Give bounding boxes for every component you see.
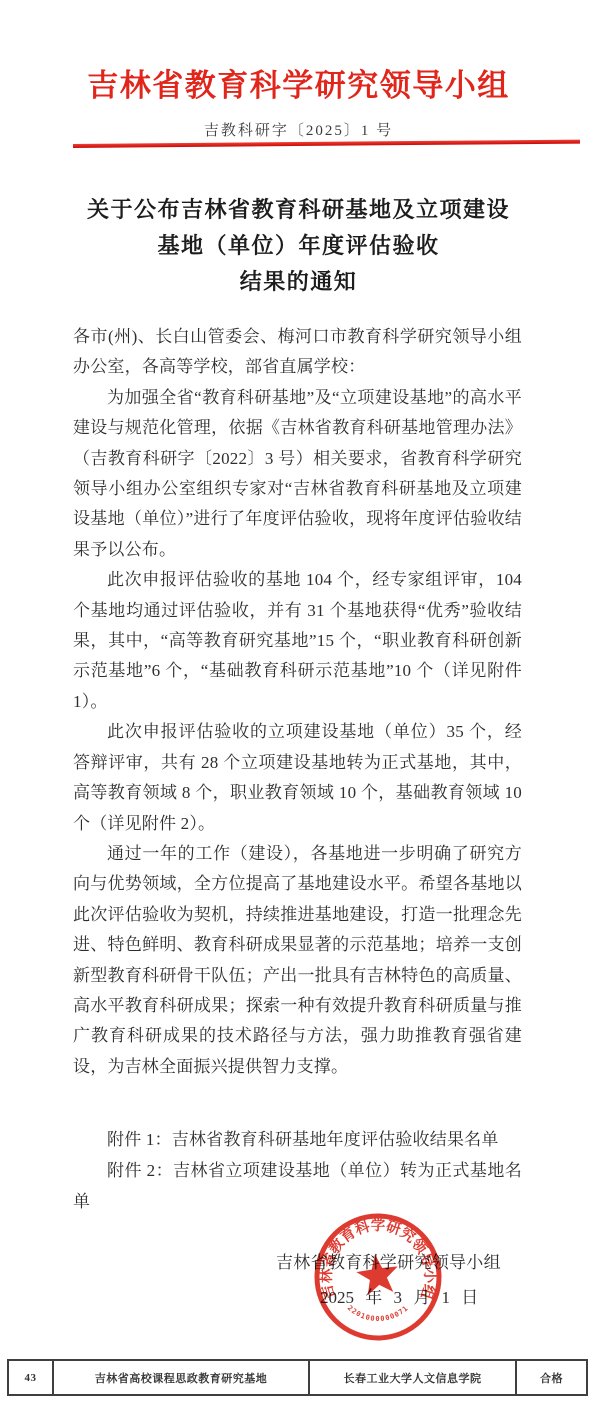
body-paragraph: 通过一年的工作（建设），各基地进一步明确了研究方向与优势领域，全方位提高了基地建…	[73, 839, 522, 1082]
red-header-title: 吉林省教育科学研究领导小组	[0, 60, 597, 105]
table-cell-unit: 长春工业大学人文信息学院	[310, 1361, 517, 1394]
seal-serial-number: 2201000000071	[346, 1304, 410, 1323]
table-cell-base-name: 吉林省高校课程思政教育研究基地	[54, 1361, 310, 1394]
attachment-item-2: 附件 2：吉林省立项建设基地（单位）转为正式基地名单	[73, 1155, 522, 1217]
notice-body: 各市(州)、长白山管委会、梅河口市教育科学研究领导小组办公室，各高等学校，部省直…	[73, 322, 522, 1217]
table-cell-no: 43	[9, 1361, 54, 1394]
body-paragraph: 为加强全省“教育科研基地”及“立项建设基地”的高水平建设与规范化管理，依据《吉林…	[73, 383, 522, 565]
official-seal-stamp: 吉林省教育科学研究领导小组 2201000000071	[312, 1211, 444, 1343]
seal-star-icon	[354, 1251, 401, 1296]
document-number: 吉教科研字〔2025〕1 号	[0, 119, 597, 140]
seal-rim-text: 吉林省教育科学研究领导小组	[318, 1216, 439, 1302]
notice-title-line-2: 基地（单位）年度评估验收	[0, 228, 597, 264]
notice-title: 关于公布吉林省教育科研基地及立项建设 基地（单位）年度评估验收 结果的通知	[0, 192, 597, 300]
body-paragraph: 此次申报评估验收的立项建设基地（单位）35 个，经答辩评审，共有 28 个立项建…	[73, 717, 522, 839]
notice-title-line-3: 结果的通知	[0, 264, 597, 300]
attachment-item-1: 附件 1：吉林省教育科研基地年度评估验收结果名单	[73, 1124, 522, 1155]
red-divider-line	[73, 140, 580, 148]
document-page: 吉林省教育科学研究领导小组 吉教科研字〔2025〕1 号 关于公布吉林省教育科研…	[0, 0, 597, 1404]
attachment-list: 附件 1：吉林省教育科研基地年度评估验收结果名单 附件 2：吉林省立项建设基地（…	[73, 1124, 522, 1217]
body-paragraph: 此次申报评估验收的基地 104 个，经专家组评审，104 个基地均通过评估验收，…	[73, 565, 522, 717]
notice-title-line-1: 关于公布吉林省教育科研基地及立项建设	[0, 192, 597, 228]
table-cell-result: 合格	[517, 1361, 586, 1394]
result-table: 43 吉林省高校课程思政教育研究基地 长春工业大学人文信息学院 合格	[7, 1359, 588, 1396]
salutation-line: 各市(州)、长白山管委会、梅河口市教育科学研究领导小组办公室，各高等学校，部省直…	[73, 322, 522, 383]
